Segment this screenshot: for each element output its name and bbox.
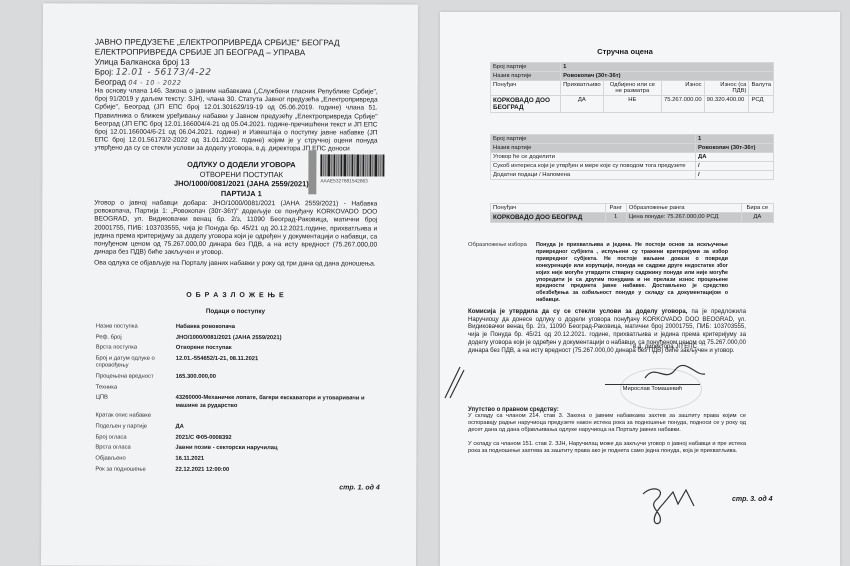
field-label: Подељен у партије	[95, 424, 175, 432]
field-value: Отворени поступак	[176, 345, 376, 353]
table-cell: /	[696, 162, 774, 171]
evaluation-title: Стручна оцена	[470, 47, 780, 56]
field-value: ЈНО/1000/0081/2021 (ЈАНА 2559/2021)	[176, 335, 376, 343]
table-row: КОРКОВАДО ДОО БЕОГРАД1Цена понуде: 75.26…	[491, 213, 774, 223]
field-label: Рок за подношење	[95, 466, 175, 474]
field-value	[176, 385, 376, 393]
decision-number: ЈНО/1000/0081/2021 (ЈАНА 2559/2021)	[170, 179, 312, 189]
field-label: Објављено	[95, 456, 175, 464]
choice-text: Понуда је прихватљива и једина. Не посто…	[536, 242, 728, 304]
table-cell: ДА	[561, 96, 604, 113]
table-cell: Ровокопач (30т-36т)	[696, 144, 774, 153]
field-value: 43260000-Механичке лопате, багери екскав…	[176, 395, 376, 410]
decision-heading: ОДЛУКУ О ДОДЕЛИ УГОВОРА ОТВОРЕНИ ПОСТУПА…	[170, 160, 312, 198]
field-label: Број огласа	[95, 434, 175, 442]
procedure-field: Кратак опис набавке	[96, 413, 376, 421]
bids-table: Број партије1 Назив партијеРовокопач (30…	[490, 62, 774, 113]
page-number: стр. 1. од 4	[339, 484, 380, 491]
signatory-title: в.д. директора ЈП ЕПС	[600, 344, 730, 350]
initials-mark	[440, 362, 470, 402]
ranking-table-header: ПонуђачРангОбразложење рангаБира се	[491, 204, 774, 213]
table-cell: 1	[696, 135, 774, 144]
barcode: AAAE5327681542863	[320, 154, 392, 184]
field-label: Врста поступка	[96, 345, 176, 353]
field-label: Врста огласа	[95, 445, 175, 453]
table-cell: КОРКОВАДО ДОО БЕОГРАД	[491, 213, 606, 223]
ranking-table: ПонуђачРангОбразложење рангаБира се КОРК…	[490, 203, 774, 223]
field-label: Кратак опис набавке	[96, 413, 176, 421]
letterhead: ЈАВНО ПРЕДУЗЕЋЕ „ЕЛЕКТРОПРИВРЕДА СРБИЈЕ"…	[95, 38, 395, 89]
table-cell: Одбијено или се не разматра	[603, 81, 661, 96]
table-cell: КОРКОВАДО ДОО БЕОГРАД	[491, 96, 561, 113]
field-value: 165.300.000,00	[176, 374, 376, 382]
procedure-field: Подељен у партијеДА	[95, 424, 375, 432]
field-value: 16.11.2021	[175, 456, 375, 464]
stamp-strip	[308, 150, 316, 194]
field-value: ДА	[175, 424, 375, 432]
date-handwritten: 04 - 10 - 2022	[128, 79, 181, 87]
decision-part: ПАРТИЈА 1	[170, 188, 312, 198]
document-page-3: Стручна оцена Број партије1 Назив партиј…	[440, 12, 840, 566]
table-cell: 90.320.400.00	[704, 96, 749, 113]
barcode-text: AAAE5327681542863	[320, 179, 392, 184]
procedure-field: Врста поступкаОтворени поступак	[96, 345, 376, 353]
part-summary-table: Број партије1Назив партијеРовокопач (30т…	[490, 134, 774, 180]
table-row: Уговор ће се доделитиДА	[491, 153, 774, 162]
field-value: Јавни позив - секторски наручилац	[175, 445, 375, 453]
table-cell: Валута	[749, 81, 774, 96]
procedure-field: ЦПВ43260000-Механичке лопате, багери екс…	[96, 395, 376, 411]
table-row: Број партије1	[491, 135, 774, 144]
field-label: Процењена вредност	[96, 374, 176, 382]
field-label: ЦПВ	[96, 395, 176, 410]
table-cell: Бира се	[741, 204, 773, 213]
director-initials-signature	[638, 482, 698, 527]
procedure-field: Назив поступкаНабавка ровокопача	[96, 324, 376, 332]
table-cell: Назив партије	[491, 144, 696, 153]
table-cell: Ранг	[605, 204, 626, 213]
publish-note: Ова одлука се објављује на Порталу јавни…	[94, 260, 377, 269]
table-row: Сукоб интереса који је утврђен и мере ко…	[491, 162, 774, 171]
field-value	[176, 413, 376, 421]
table-cell: РСД	[749, 96, 774, 113]
intro-paragraph: На основу члана 146. Закона о јавним наб…	[94, 88, 377, 155]
table-row: Назив партијеРовокопач (30т-36т)	[491, 144, 774, 153]
signature-line	[605, 384, 700, 385]
table-cell: ДА	[741, 213, 773, 223]
procedure-field: Реф. бројЈНО/1000/0081/2021 (ЈАНА 2559/2…	[96, 334, 376, 342]
signatory-name: Мирослав Томашевић	[605, 386, 700, 392]
table-cell: 1	[605, 213, 626, 223]
procedure-field: Број огласа2021/С Ф05-0008392	[95, 434, 375, 442]
field-value: 12.01.-554652/1-21, 08.11.2021	[176, 356, 376, 371]
procedure-field: Број и датум одлуке о спровођењу12.01.-5…	[96, 356, 376, 372]
procedure-title: Подаци о поступку	[94, 308, 377, 316]
table-cell: Цена понуде: 75.267.000,00 РСД	[626, 213, 741, 223]
page-number: стр. 3. од 4	[732, 496, 773, 503]
field-value: Набавка ровокопача	[176, 324, 376, 332]
field-label: Број и датум одлуке о спровођењу	[96, 356, 176, 371]
table-cell: Понуђач	[491, 204, 606, 213]
field-value: 2021/С Ф05-0008392	[175, 435, 375, 443]
table-cell: Прихватљиво	[561, 81, 604, 96]
table-cell: Износ	[661, 81, 704, 96]
table-cell: Износ (са ПДВ)	[704, 81, 749, 96]
table-row: Додатни подаци / Напомена/	[491, 171, 774, 180]
field-label: Назив поступка	[96, 324, 176, 332]
legal-text-2: У складу са чланом 151. став 2. ЗЈН, Нар…	[468, 441, 746, 455]
table-cell: Додатни подаци / Напомена	[491, 171, 696, 180]
choice-label: Образложење избора	[468, 242, 527, 248]
decision-subtitle: ОТВОРЕНИ ПОСТУПАК	[170, 169, 312, 179]
procedure-field: Објављено16.11.2021	[95, 456, 375, 464]
decision-title: ОДЛУКУ О ДОДЕЛИ УГОВОРА	[170, 160, 312, 170]
procedure-field: Врста огласаЈавни позив - секторски нару…	[95, 445, 375, 453]
procedure-field: Рок за подношење22.12.2021 12:00:00	[95, 466, 375, 474]
table-cell: Број партије	[491, 135, 696, 144]
table-cell: ДА	[696, 153, 774, 162]
field-value: 22.12.2021 12:00:00	[175, 467, 375, 475]
table-cell: Образложење ранга	[626, 204, 741, 213]
field-label: Реф. број	[96, 334, 176, 342]
procedure-field: Процењена вредност165.300.000,00	[96, 374, 376, 382]
procedure-fields: Назив поступкаНабавка ровокопачаРеф. бро…	[95, 324, 376, 479]
table-cell: Сукоб интереса који је утврђен и мере ко…	[491, 162, 696, 171]
bids-table-header: ПонуђачПрихватљивоОдбијено или се не раз…	[491, 81, 774, 96]
table-cell: /	[696, 171, 774, 180]
table-row: КОРКОВАДО ДОО БЕОГРАДДАНЕ75.267.000.0090…	[491, 96, 774, 113]
table-cell: Понуђач	[491, 81, 561, 96]
table-cell: Уговор ће се доделити	[491, 153, 696, 162]
legal-text-1: У складу са чланом 214. став 3. Закона о…	[468, 413, 746, 435]
explanation-title: О Б Р А З Л О Ж Е Њ Е	[94, 292, 377, 300]
document-page-1: ЈАВНО ПРЕДУЗЕЋЕ „ЕЛЕКТРОПРИВРЕДА СРБИЈЕ"…	[41, 3, 418, 566]
procedure-field: Техника	[96, 384, 376, 392]
director-signature	[640, 358, 710, 384]
legal-remedy: Упутство о правном средству: У складу са…	[468, 407, 746, 455]
barcode-bars	[320, 154, 392, 176]
field-label: Техника	[96, 384, 176, 392]
table-cell: 75.267.000.00	[661, 96, 704, 113]
ref-number-handwritten: 12.01 - 56173/4-22	[116, 68, 212, 78]
table-cell: НЕ	[603, 96, 661, 113]
decision-body: Уговор о јавној набавци добара: ЈНО/1000…	[94, 200, 377, 258]
